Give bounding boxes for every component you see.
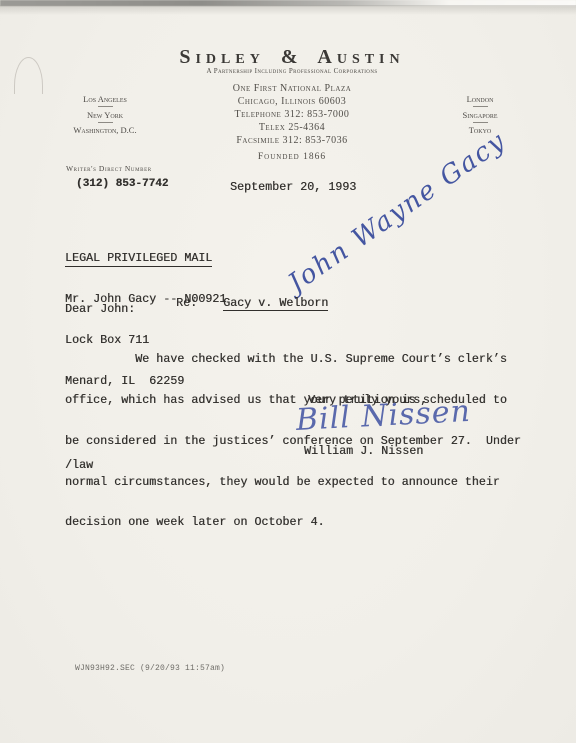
re-label: Re: <box>176 296 197 310</box>
re-line: Re:Gacy v. Welborn <box>148 283 328 324</box>
office-divider <box>473 106 488 107</box>
office-divider <box>473 122 488 123</box>
body-line: normal circumstances, they would be expe… <box>65 476 521 490</box>
office-city: London <box>428 94 532 104</box>
firm-subtitle: A Partnership Including Professional Cor… <box>8 67 576 75</box>
office-city: Washington, D.C. <box>55 125 155 135</box>
office-city: Tokyo <box>428 125 532 135</box>
writers-direct-number-label: Writer's Direct Number <box>66 164 152 173</box>
office-divider <box>98 122 113 123</box>
office-divider <box>98 106 113 107</box>
document-file-reference: WJN93H92.SEC (9/20/93 11:57am) <box>75 664 225 673</box>
offices-list-right: London Singapore Tokyo <box>428 94 532 135</box>
body-line: We have checked with the U.S. Supreme Co… <box>65 353 521 367</box>
writers-direct-number: (312) 853-7742 <box>76 178 168 192</box>
scan-edge-shadow-fade <box>0 5 576 15</box>
mail-privilege-notice: LEGAL PRIVILEGED MAIL <box>65 252 226 266</box>
office-city: Los Angeles <box>55 94 155 104</box>
re-subject: Gacy v. Welborn <box>223 296 328 312</box>
offices-list-left: Los Angeles New York Washington, D.C. <box>55 94 155 135</box>
letter-body: We have checked with the U.S. Supreme Co… <box>65 326 521 557</box>
signer-typed-name: William J. Nissen <box>304 445 423 459</box>
office-city: New York <box>55 110 155 120</box>
nissen-handwritten-signature: Bill Nissen <box>295 397 471 436</box>
office-city: Singapore <box>428 110 532 120</box>
typist-initials: /law <box>65 459 93 473</box>
scanned-letter-page: Sidley & Austin A Partnership Including … <box>0 0 576 743</box>
salutation: Dear John: <box>65 303 135 317</box>
body-line: decision one week later on October 4. <box>65 516 521 530</box>
letter-date: September 20, 1993 <box>230 181 356 195</box>
firm-name: Sidley & Austin <box>8 49 576 66</box>
body-line: be considered in the justices’ conferenc… <box>65 435 521 449</box>
